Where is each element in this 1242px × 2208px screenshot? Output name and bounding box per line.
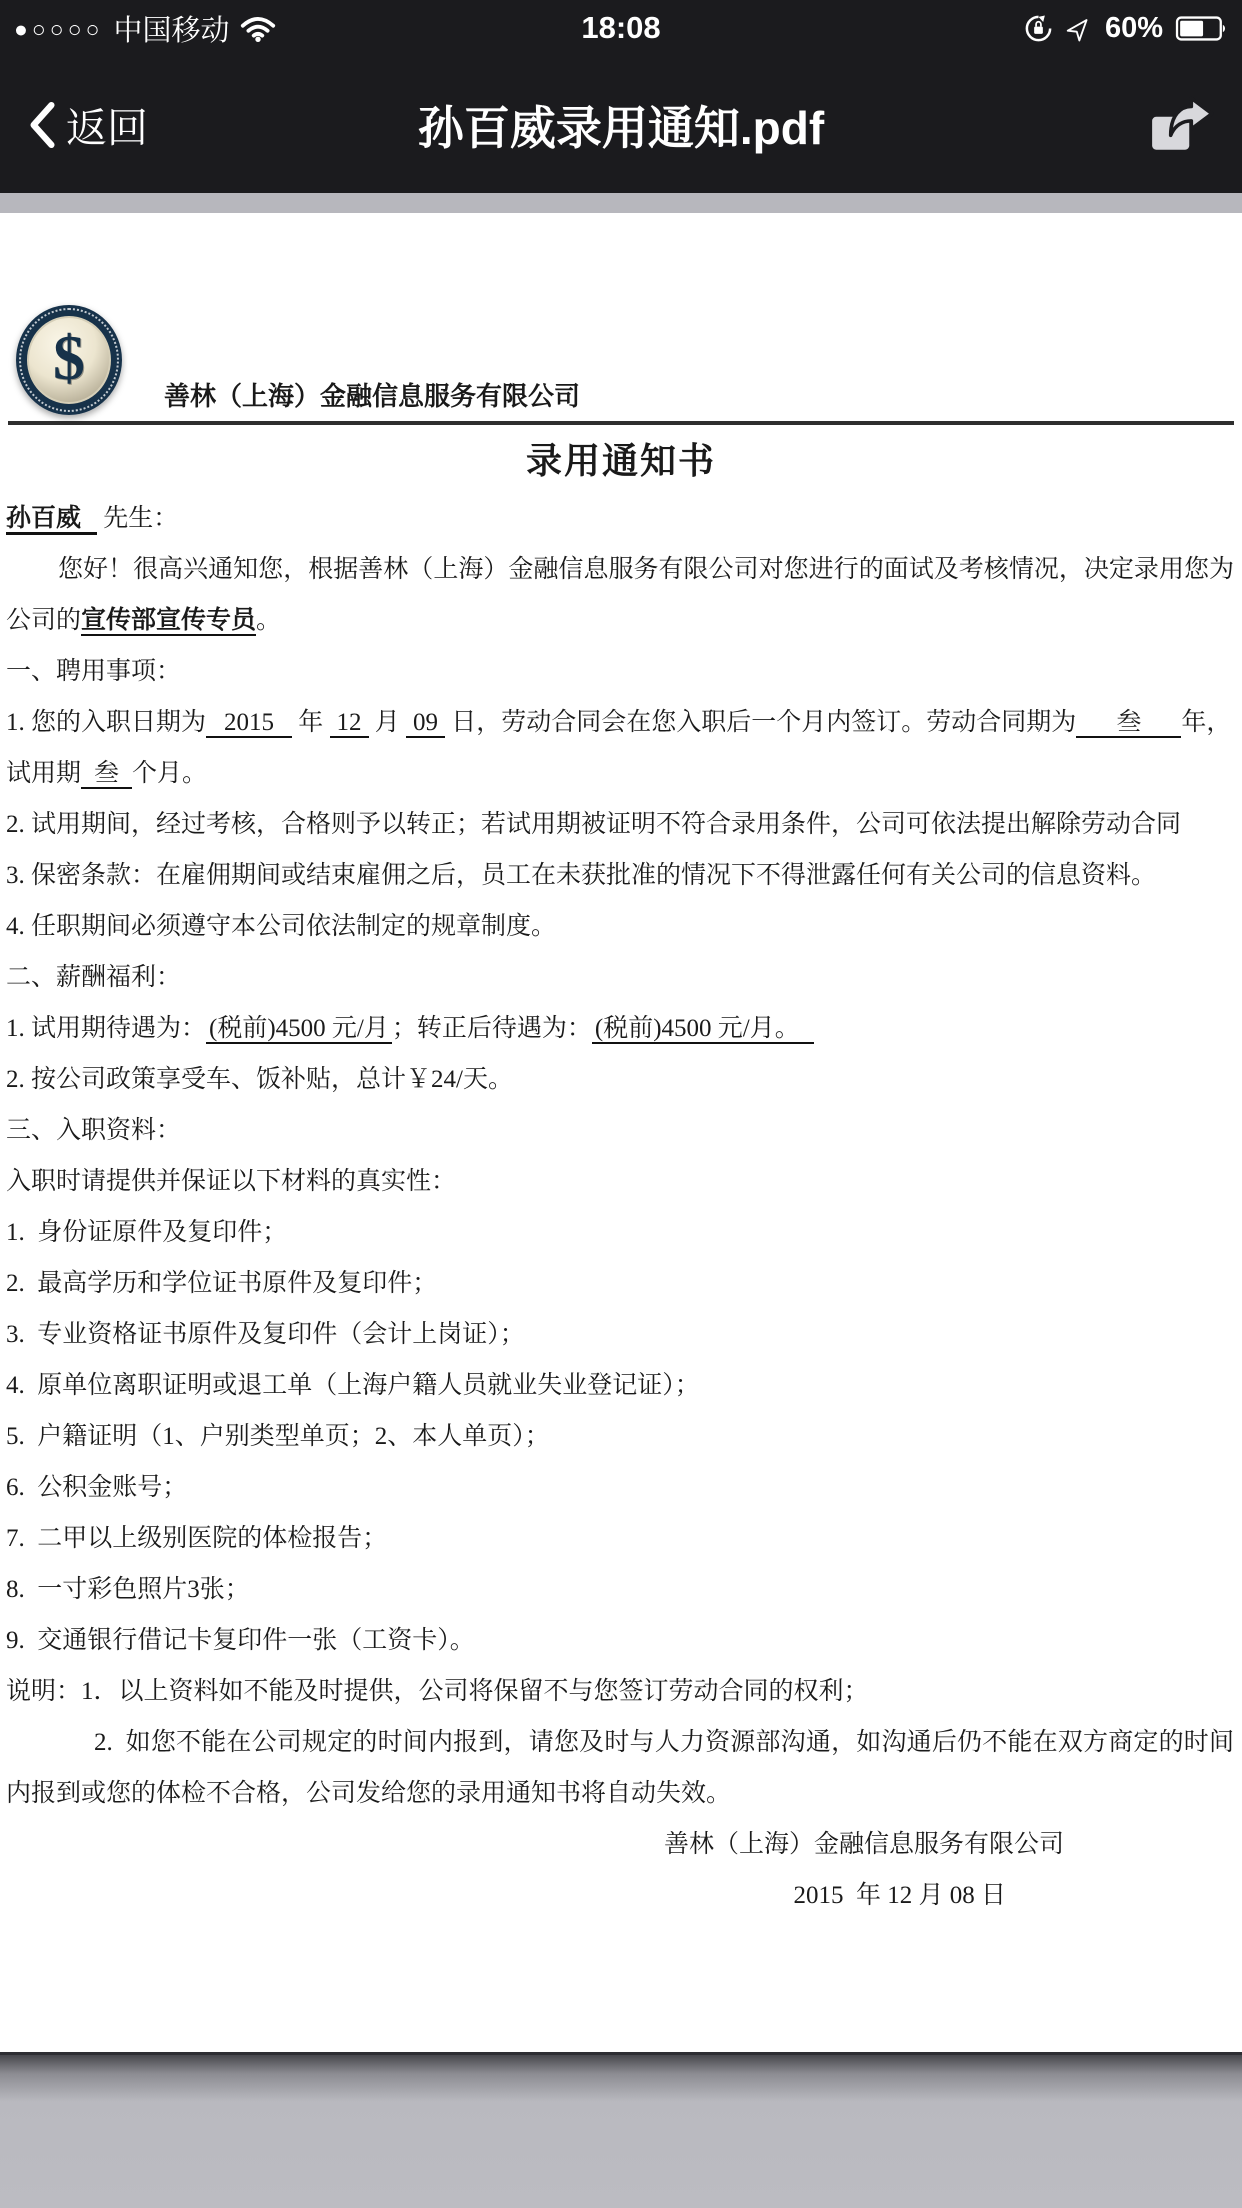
back-button-label: 返回 <box>66 95 148 154</box>
share-icon <box>1148 96 1214 154</box>
letterhead-divider <box>8 421 1234 425</box>
letter-body: 孙百威 先生： 您好！很高兴通知您，根据善林（上海）金融信息服务有限公司对您进行… <box>0 493 1242 1921</box>
nav-bar: 返回 孙百威录用通知.pdf <box>0 56 1242 193</box>
intro-paragraph: 您好！很高兴通知您，根据善林（上海）金融信息服务有限公司对您进行的面试及考核情况… <box>6 544 1234 646</box>
greeting-line: 孙百威 先生： <box>6 493 1234 544</box>
letterhead-company-name: 善林（上海）金融信息服务有限公司 <box>164 376 580 413</box>
rotation-lock-icon <box>1023 13 1054 44</box>
probation-term-fill: 叁 <box>81 760 132 789</box>
section1-item3: 3. 保密条款：在雇佣期间或结束雇佣之后，员工在未获批准的情况下不得泄露任何有关… <box>6 850 1234 901</box>
section1-heading: 一、聘用事项： <box>6 646 1234 697</box>
item1-text: 年 <box>298 709 323 736</box>
wifi-icon <box>240 15 276 42</box>
item1-text: 月 <box>375 709 400 736</box>
document-title: 孙百威录用通知.pdf <box>0 92 1242 158</box>
section3-intro: 入职时请提供并保证以下材料的真实性： <box>6 1156 1234 1207</box>
page-top-gap <box>0 193 1242 213</box>
recipient-name: 孙百威 <box>6 505 97 535</box>
material-item-9: 9. 交通银行借记卡复印件一张（工资卡）。 <box>6 1615 1234 1666</box>
section1-item4: 4. 任职期间必须遵守本公司依法制定的规章制度。 <box>6 901 1234 952</box>
notes-paragraph2: 2. 如您不能在公司规定的时间内报到，请您及时与人力资源部沟通，如沟通后仍不能在… <box>6 1717 1234 1819</box>
item1-text: 日，劳动合同会在您入职后一个月内签订。劳动合同期为 <box>451 709 1076 736</box>
back-button[interactable]: 返回 <box>28 95 148 154</box>
section2-heading: 二、薪酬福利： <box>6 952 1234 1003</box>
item1-text: 个月。 <box>132 760 207 787</box>
battery-icon <box>1175 16 1228 41</box>
greeting-suffix: 先生： <box>97 505 178 532</box>
salary-label: 1. 试用期待遇为： <box>6 1015 206 1042</box>
notes-line1: 说明：1．以上资料如不能及时提供，公司将保留不与您签订劳动合同的权利； <box>6 1666 1234 1717</box>
start-year-fill: 2015 <box>206 709 292 738</box>
material-item-1: 1. 身份证原件及复印件； <box>6 1207 1234 1258</box>
contract-term-fill: 叁 <box>1076 709 1181 738</box>
material-item-8: 8. 一寸彩色照片3张； <box>6 1564 1234 1615</box>
back-chevron-icon <box>28 102 56 148</box>
item1-text: 试用期 <box>6 760 81 787</box>
section2-item1: 1. 试用期待遇为：(税前)4500 元/月；转正后待遇为：(税前)4500 元… <box>6 1003 1234 1054</box>
dollar-sign: $ <box>53 326 85 390</box>
position-name: 宣传部宣传专员 <box>81 607 256 636</box>
share-button[interactable] <box>1148 96 1214 154</box>
start-day-fill: 09 <box>406 709 445 738</box>
salary-label: ；转正后待遇为： <box>392 1015 592 1042</box>
section2-item2: 2. 按公司政策享受车、饭补贴，总计￥24/天。 <box>6 1054 1234 1105</box>
material-item-7: 7. 二甲以上级别医院的体检报告； <box>6 1513 1234 1564</box>
letterhead: $ 善林（上海）金融信息服务有限公司 <box>0 213 1242 415</box>
battery-percent-label: 60% <box>1105 12 1163 45</box>
material-item-6: 6. 公积金账号； <box>6 1462 1234 1513</box>
section1-item1-line1: 1. 您的入职日期为2015 年 12 月 09 日，劳动合同会在您入职后一个月… <box>6 697 1234 748</box>
material-item-2: 2. 最高学历和学位证书原件及复印件； <box>6 1258 1234 1309</box>
signature-date: 2015 年 12 月 08 日 <box>6 1870 1234 1921</box>
pdf-page[interactable]: $ 善林（上海）金融信息服务有限公司 录用通知书 孙百威 先生： 您好！很高兴通… <box>0 213 1242 2052</box>
item1-text: 1. 您的入职日期为 <box>6 709 206 736</box>
status-bar: ●○○○○ 中国移动 18:08 60% <box>0 0 1242 56</box>
section1-item1-line2: 试用期叁个月。 <box>6 748 1234 799</box>
start-month-fill: 12 <box>330 709 369 738</box>
pdf-viewer-screen: ●○○○○ 中国移动 18:08 60% <box>0 0 1242 2208</box>
status-left-group: ●○○○○ 中国移动 <box>14 8 276 49</box>
section1-item2: 2. 试用期间，经过考核，合格则予以转正；若试用期被证明不符合录用条件，公司可依… <box>6 799 1234 850</box>
cell-signal-icon: ●○○○○ <box>14 16 103 41</box>
carrier-label: 中国移动 <box>113 8 229 49</box>
status-right-group: 60% <box>1023 12 1228 45</box>
viewer-background <box>0 2052 1242 2208</box>
offer-letter-title: 录用通知书 <box>0 437 1242 485</box>
item1-text: 年， <box>1181 709 1231 736</box>
intro-period: 。 <box>256 607 281 634</box>
location-arrow-icon <box>1066 15 1093 42</box>
probation-salary: (税前)4500 元/月 <box>206 1015 392 1044</box>
material-item-5: 5. 户籍证明（1、户别类型单页；2、本人单页）； <box>6 1411 1234 1462</box>
material-item-3: 3. 专业资格证书原件及复印件（会计上岗证）； <box>6 1309 1234 1360</box>
company-seal-logo: $ <box>16 305 122 415</box>
section3-heading: 三、入职资料： <box>6 1105 1234 1156</box>
signature-company: 善林（上海）金融信息服务有限公司 <box>6 1819 1234 1870</box>
material-item-4: 4. 原单位离职证明或退工单（上海户籍人员就业失业登记证）； <box>6 1360 1234 1411</box>
regular-salary: (税前)4500 元/月。 <box>592 1015 814 1044</box>
